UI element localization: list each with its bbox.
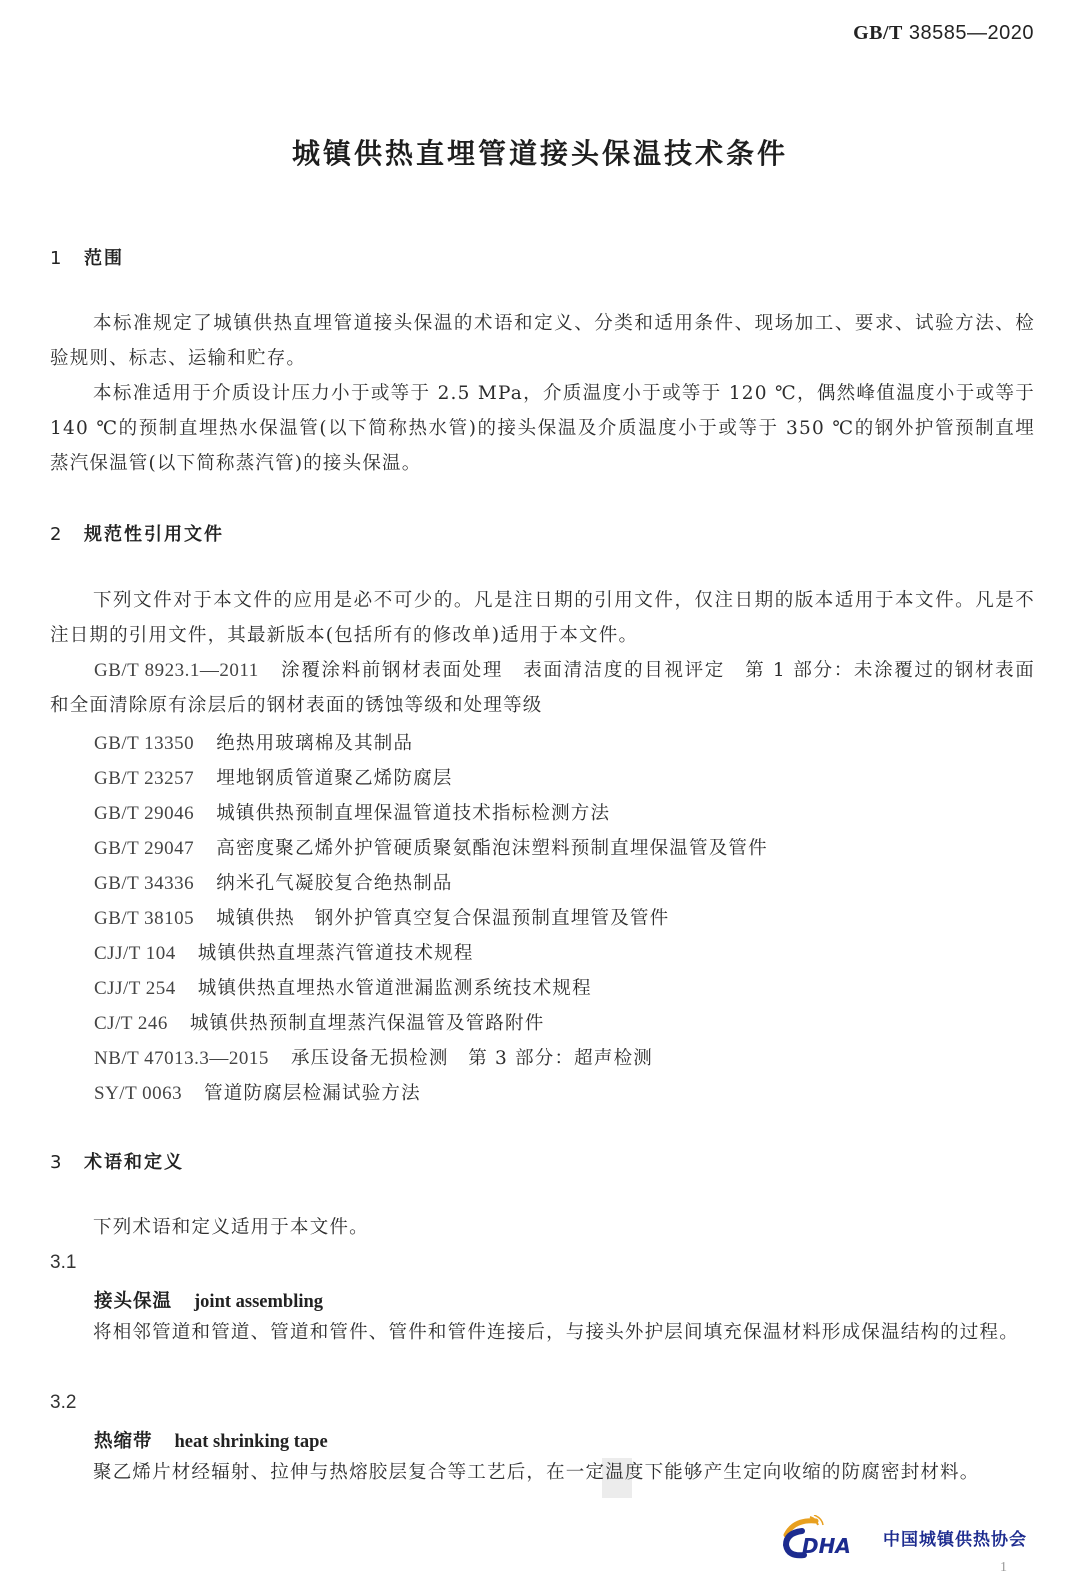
reference-item: GB/T 8923.1—2011涂覆涂料前钢材表面处理 表面清洁度的目视评定 第… <box>50 653 1035 723</box>
logo-org-name: 中国城镇供热协会 <box>883 1525 1027 1550</box>
section-2-intro: 下列文件对于本文件的应用是必不可少的。凡是注日期的引用文件，仅注日期的版本适用于… <box>50 583 1035 653</box>
reference-item: GB/T 29046城镇供热预制直埋保温管道技术指标检测方法 <box>94 799 610 825</box>
term-en: joint assembling <box>194 1292 323 1312</box>
reference-code: GB/T 29046 <box>94 803 194 824</box>
reference-title: 纳米孔气凝胶复合绝热制品 <box>216 873 452 894</box>
standard-prefix: GB/T <box>853 22 903 44</box>
standard-code: 38585—2020 <box>909 22 1034 44</box>
section-2-heading: 2规范性引用文件 <box>50 520 224 546</box>
page-number: 1 <box>1000 1560 1007 1576</box>
logo-letters: DHA <box>802 1534 851 1558</box>
section-number: 2 <box>50 524 84 545</box>
section-title: 范围 <box>84 248 124 269</box>
standard-number: GB/T38585—2020 <box>853 22 1034 45</box>
reference-title: 承压设备无损检测 第 3 部分：超声检测 <box>291 1048 653 1069</box>
reference-item: CJJ/T 254城镇供热直埋热水管道泄漏监测系统技术规程 <box>94 974 592 1000</box>
clause-number: 3.2 <box>50 1392 76 1414</box>
reference-title: 埋地钢质管道聚乙烯防腐层 <box>216 768 452 789</box>
cdha-logo-mark-icon: DHA <box>780 1515 875 1559</box>
reference-code: CJJ/T 104 <box>94 943 176 964</box>
term-en: heat shrinking tape <box>175 1432 328 1452</box>
reference-item: GB/T 38105城镇供热 钢外护管真空复合保温预制直埋管及管件 <box>94 904 669 930</box>
reference-item: CJ/T 246城镇供热预制直埋蒸汽保温管及管路附件 <box>94 1009 544 1035</box>
reference-code: GB/T 8923.1—2011 <box>94 660 259 681</box>
document-title: 城镇供热直埋管道接头保温技术条件 <box>0 132 1080 172</box>
reference-item: NB/T 47013.3—2015承压设备无损检测 第 3 部分：超声检测 <box>94 1044 653 1070</box>
reference-code: GB/T 13350 <box>94 733 194 754</box>
reference-code: CJ/T 246 <box>94 1013 168 1034</box>
section-1-paragraph-1: 本标准规定了城镇供热直埋管道接头保温的术语和定义、分类和适用条件、现场加工、要求… <box>50 306 1035 376</box>
reference-code: GB/T 34336 <box>94 873 194 894</box>
section-3-intro: 下列术语和定义适用于本文件。 <box>50 1210 1035 1245</box>
section-title: 术语和定义 <box>84 1152 184 1173</box>
term-cn: 接头保温 <box>94 1291 172 1312</box>
reference-title: 城镇供热直埋热水管道泄漏监测系统技术规程 <box>198 978 592 999</box>
section-1-heading: 1范围 <box>50 244 124 270</box>
reference-item: GB/T 13350绝热用玻璃棉及其制品 <box>94 729 413 755</box>
section-number: 1 <box>50 248 84 269</box>
reference-title: 城镇供热直埋蒸汽管道技术规程 <box>198 943 474 964</box>
term-cn: 热缩带 <box>94 1431 153 1452</box>
reference-item: SY/T 0063管道防腐层检漏试验方法 <box>94 1079 421 1105</box>
section-3-heading: 3术语和定义 <box>50 1148 184 1174</box>
cdha-logo: DHA 中国城镇供热协会 <box>780 1512 1050 1562</box>
reference-code: CJJ/T 254 <box>94 978 176 999</box>
reference-item: GB/T 34336纳米孔气凝胶复合绝热制品 <box>94 869 453 895</box>
reference-title: 城镇供热预制直埋保温管道技术指标检测方法 <box>216 803 610 824</box>
term-definition: 聚乙烯片材经辐射、拉伸与热熔胶层复合等工艺后，在一定温度下能够产生定向收缩的防腐… <box>50 1455 1035 1490</box>
term-definition: 将相邻管道和管道、管道和管件、管件和管件连接后，与接头外护层间填充保温材料形成保… <box>50 1315 1035 1350</box>
reference-title: 城镇供热 钢外护管真空复合保温预制直埋管及管件 <box>216 908 669 929</box>
reference-title: 高密度聚乙烯外护管硬质聚氨酯泡沫塑料预制直埋保温管及管件 <box>216 838 768 859</box>
reference-item: GB/T 29047高密度聚乙烯外护管硬质聚氨酯泡沫塑料预制直埋保温管及管件 <box>94 834 768 860</box>
reference-title: 城镇供热预制直埋蒸汽保温管及管路附件 <box>190 1013 545 1034</box>
section-number: 3 <box>50 1152 84 1173</box>
term-heading: 热缩带heat shrinking tape <box>94 1427 328 1453</box>
reference-code: GB/T 23257 <box>94 768 194 789</box>
reference-code: NB/T 47013.3—2015 <box>94 1048 269 1069</box>
reference-item: GB/T 23257埋地钢质管道聚乙烯防腐层 <box>94 764 453 790</box>
reference-item: CJJ/T 104城镇供热直埋蒸汽管道技术规程 <box>94 939 474 965</box>
reference-code: GB/T 38105 <box>94 908 194 929</box>
reference-title: 绝热用玻璃棉及其制品 <box>216 733 413 754</box>
clause-number: 3.1 <box>50 1252 76 1274</box>
reference-code: SY/T 0063 <box>94 1083 182 1104</box>
section-1-paragraph-2: 本标准适用于介质设计压力小于或等于 2.5 MPa，介质温度小于或等于 120 … <box>50 376 1035 481</box>
reference-title: 管道防腐层检漏试验方法 <box>204 1083 421 1104</box>
reference-code: GB/T 29047 <box>94 838 194 859</box>
section-title: 规范性引用文件 <box>84 524 224 545</box>
term-heading: 接头保温joint assembling <box>94 1287 323 1313</box>
